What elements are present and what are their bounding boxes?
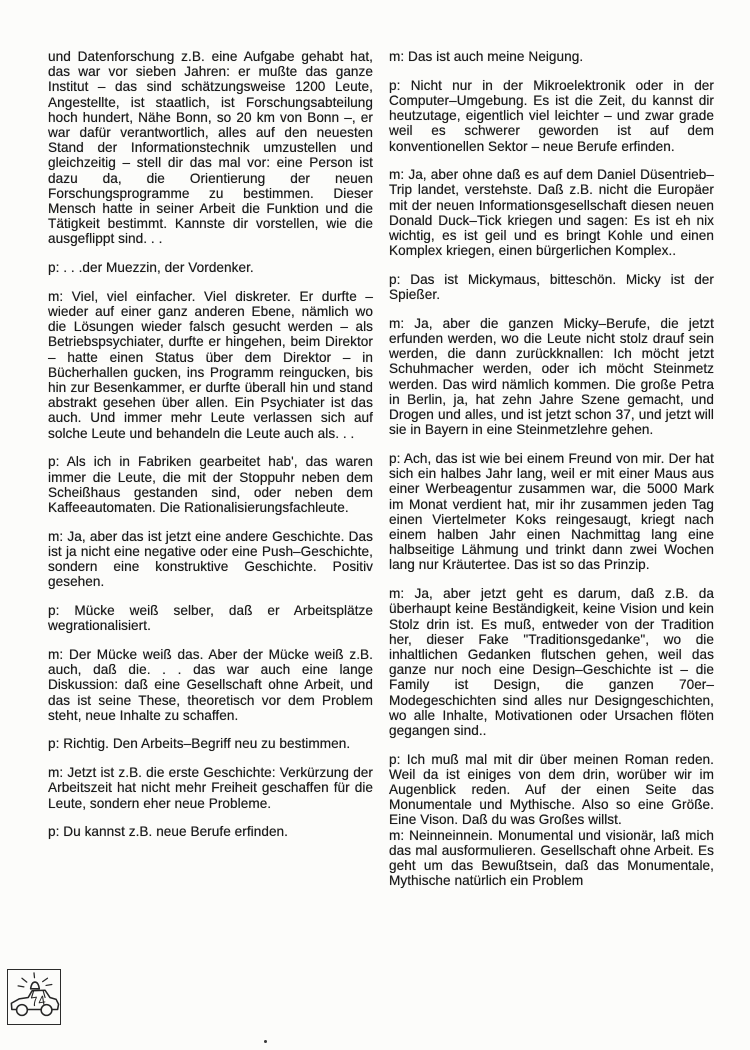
paragraph-p: p: Nicht nur in der Mikroelektronik oder… [389,78,714,154]
magazine-page: und Datenforschung z.B. eine Aufgabe geh… [0,0,750,1050]
paragraph-m: m: Viel, viel einfacher. Viel diskreter.… [48,289,373,441]
paragraph-m: m: Ja, aber die ganzen Micky–Berufe, die… [389,316,714,438]
paragraph-p: p: Ach, das ist wie bei einem Freund von… [389,451,714,573]
paragraph-p: p: Das ist Mickymaus, bitteschön. Micky … [389,272,714,302]
siren-rays [18,973,52,987]
text-column-right: m: Das ist auch meine Neigung. p: Nicht … [389,49,714,888]
paragraph-p: p: Richtig. Den Arbeits–Begriff neu zu b… [48,736,373,751]
paragraph-p: p: Du kannst z.B. neue Berufe erfinden. [48,824,373,839]
paragraph-m: m: Das ist auch meine Neigung. [389,49,714,64]
siren-dome [31,982,40,989]
paragraph-m: m: Ja, aber jetzt geht es darum, daß z.B… [389,586,714,738]
paragraph-m: m: Ja, aber ohne daß es auf dem Daniel D… [389,167,714,258]
stamp-page-number: 74 [30,992,47,1009]
paragraph-m: m: Jetzt ist z.B. die erste Geschichte: … [48,765,373,811]
paragraph-p: p: Mücke weiß selber, daß er Arbeitsplät… [48,603,373,633]
page-number-stamp: 74 [7,969,61,1025]
paragraph-m: m: Der Mücke weiß das. Aber der Mücke we… [48,647,373,723]
police-car-icon: 74 [8,970,60,1024]
paragraph-p-m: p: Ich muß mal mit dir über meinen Roman… [389,752,714,889]
wheel-front [17,1005,28,1016]
scan-speck [264,1040,267,1043]
paragraph-continuation: und Datenforschung z.B. eine Aufgabe geh… [48,49,373,247]
paragraph-m: m: Ja, aber das ist jetzt eine andere Ge… [48,529,373,590]
paragraph-p: p: Als ich in Fabriken gearbeitet hab', … [48,454,373,515]
paragraph-p: p: . . .der Muezzin, der Vordenker. [48,260,373,275]
text-column-left: und Datenforschung z.B. eine Aufgabe geh… [48,49,373,839]
